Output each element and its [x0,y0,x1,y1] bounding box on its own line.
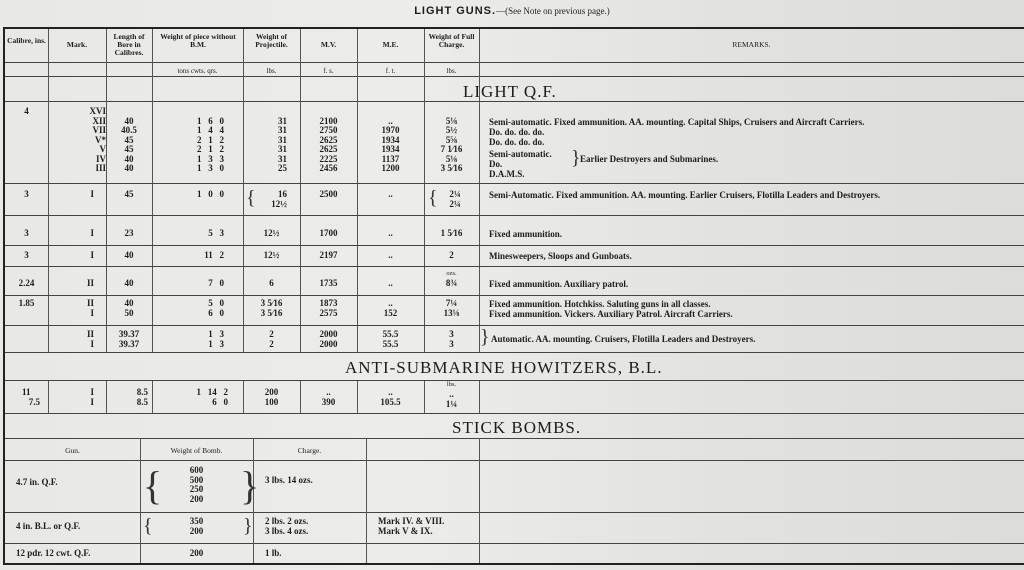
cell-calibre: 3 [5,251,48,261]
remark-line: Fixed ammunition. Hotchkiss. Saluting gu… [489,299,711,309]
cell-length: 40 50 [106,299,152,318]
cell-bomb-weight: 350 200 [140,517,253,536]
remark-line: Do. do. do. do. [489,127,544,137]
remark-line: Fixed ammunition. Vickers. Auxiliary Pat… [489,309,733,319]
section-light-qf: LIGHT Q.F. [463,82,557,102]
cell-projectile: 2 2 [243,330,300,349]
cell-mv: 1700 [300,229,357,239]
cell-projectile: 12½ [243,229,300,239]
brace-icon: { [428,188,438,208]
cell-me: .. [357,251,424,261]
header-me: M.E. [357,41,424,49]
remark-line: Semi-automatic. Fixed ammunition. AA. mo… [489,117,864,127]
header-weight-projectile: Weight of Projectile. [243,33,300,49]
cell-weight-piece: 1 3 1 3 [152,330,224,349]
cell-weight-piece: 5 0 6 0 [152,299,224,318]
cell-weight-piece: 11 2 [152,251,224,261]
cell-length: 40 40.5 45 45 40 40 [106,107,152,174]
cell-charge: 3 3 [424,330,479,349]
cell-mark: II I [48,330,94,349]
cell-charge: 7¼ 13⅛ [424,299,479,318]
header-weight-charge: Weight of Full Charge. [424,33,479,49]
cell-note: Mark IV. & VIII. Mark V & IX. [378,517,444,536]
cell-me: .. [357,279,424,289]
cell-mv: 1873 2575 [300,299,357,318]
cell-mark: XVI XII VII V* V IV III [70,107,106,174]
remark-line: Fixed ammunition. [489,229,562,239]
cell-me: .. [357,190,424,200]
cell-weight-piece: 1 14 2 6 0 [152,388,228,407]
unit-proj: lbs. [243,67,300,75]
title-note: —(See Note on previous page.) [496,6,610,16]
document-page: LIGHT GUNS.—(See Note on previous page.)… [0,0,1024,570]
cell-me: .. 105.5 [357,388,424,407]
cell-mark: I [48,229,94,239]
remark-line: Semi-automatic. [489,149,552,159]
header-charge: Charge. [253,447,366,455]
cell-length: 39.37 39.37 [106,330,152,349]
remark-line: D.A.M.S. [489,169,525,179]
cell-mv: 2500 [300,190,357,200]
title-main: LIGHT GUNS. [414,5,496,17]
cell-calibre: 2.24 [5,279,48,289]
cell-charge: 2 [424,251,479,261]
cell-mark: I I [48,388,94,407]
brace-icon: } [480,327,490,347]
cell-length: 23 [106,229,152,239]
cell-mv: .. 390 [300,388,357,407]
cell-calibre: 4 [5,107,48,117]
cell-mv: 1735 [300,279,357,289]
unit-ozs: ozs. [424,270,479,277]
cell-length: 40 [106,251,152,261]
brace-icon: } [240,466,259,506]
cell-bomb-weight: 200 [140,549,253,559]
header-gun: Gun. [5,447,140,455]
header-length: Length of Bore in Calibres. [106,33,152,57]
cell-weight-piece: 1 6 0 1 4 4 2 1 2 2 1 2 1 3 3 1 3 0 [152,107,224,174]
section-howitzers: ANTI-SUBMARINE HOWITZERS, B.L. [345,358,663,378]
cell-mv: 2100 2750 2625 2625 2225 2456 [300,107,357,174]
remark-line: Fixed ammunition. Auxiliary patrol. [489,279,628,289]
cell-charge: 5⅛ 5½ 5⅝ 7 1⁄16 5⅛ 3 5⁄16 [424,107,479,174]
header-mark: Mark. [48,41,106,49]
cell-mv: 2000 2000 [300,330,357,349]
cell-projectile: 16 12½ [243,190,287,209]
cell-charge: 3 lbs. 14 ozs. [265,476,313,486]
cell-mark: I [48,190,94,200]
cell-weight-piece: 7 0 [152,279,224,289]
unit-mv: f. s. [300,67,357,75]
remark-line: Do. do. do. do. [489,137,544,147]
cell-projectile: 31 31 31 31 31 25 [243,107,287,174]
page-title: LIGHT GUNS.—(See Note on previous page.) [0,5,1024,17]
cell-weight-piece: 1 0 0 [152,190,224,200]
cell-bomb-weight: 600 500 250 200 [140,466,253,504]
remark-brace-text: Earlier Destroyers and Submarines. [580,154,718,164]
header-calibre: Calibre, ins. [5,37,48,45]
cell-calibre: 11 7.5 [22,388,48,407]
cell-me: .. 152 [357,299,424,318]
cell-me: .. 1970 1934 1934 1137 1200 [357,107,424,174]
cell-charge: .. 1¼ [424,390,479,409]
section-stick-bombs: STICK BOMBS. [452,418,581,438]
cell-length: 45 [106,190,152,200]
unit-me: f. t. [357,67,424,75]
cell-mark: II [48,279,94,289]
cell-charge: 2¼ 2¼ [440,190,470,209]
cell-length: 8.5 8.5 [106,388,148,407]
cell-gun: 4.7 in. Q.F. [16,478,58,488]
cell-charge: 2 lbs. 2 ozs. 3 lbs. 4 ozs. [265,517,308,536]
cell-mv: 2197 [300,251,357,261]
cell-calibre: 3 [5,229,48,239]
cell-mark: I [48,251,94,261]
cell-mark: II I [48,299,94,318]
cell-length: 40 [106,279,152,289]
remark-line: Do. [489,159,502,169]
unit-charge: lbs. [424,67,479,75]
brace-icon: } [571,148,581,168]
cell-projectile: 200 100 [243,388,300,407]
cell-me: .. [357,229,424,239]
cell-charge: 1 lb. [265,549,282,559]
cell-projectile: 12½ [243,251,300,261]
cell-calibre: 3 [5,190,48,200]
header-weight-piece: Weight of piece without B.M. [160,33,236,49]
cell-charge: 8¾ [424,279,479,289]
brace-icon: } [243,516,253,536]
cell-me: 55.5 55.5 [357,330,424,349]
cell-weight-piece: 5 3 [152,229,224,239]
header-mv: M.V. [300,41,357,49]
cell-charge: 1 5⁄16 [424,229,479,239]
header-bomb-weight: Weight of Bomb. [140,447,253,455]
cell-gun: 12 pdr. 12 cwt. Q.F. [16,549,90,559]
unit-lbs: lbs. [424,381,479,388]
cell-projectile: 3 5⁄16 3 5⁄16 [243,299,300,318]
cell-calibre: 1.85 [5,299,48,309]
remark-line: Automatic. AA. mounting. Cruisers, Floti… [491,334,755,344]
remark-line: Semi-Automatic. Fixed ammunition. AA. mo… [489,190,880,200]
header-remarks: REMARKS. [479,41,1024,49]
cell-projectile: 6 [243,279,300,289]
remark-line: Minesweepers, Sloops and Gunboats. [489,251,632,261]
unit-weight-piece: tons cwts. qrs. [152,67,243,75]
cell-gun: 4 in. B.L. or Q.F. [16,522,80,532]
